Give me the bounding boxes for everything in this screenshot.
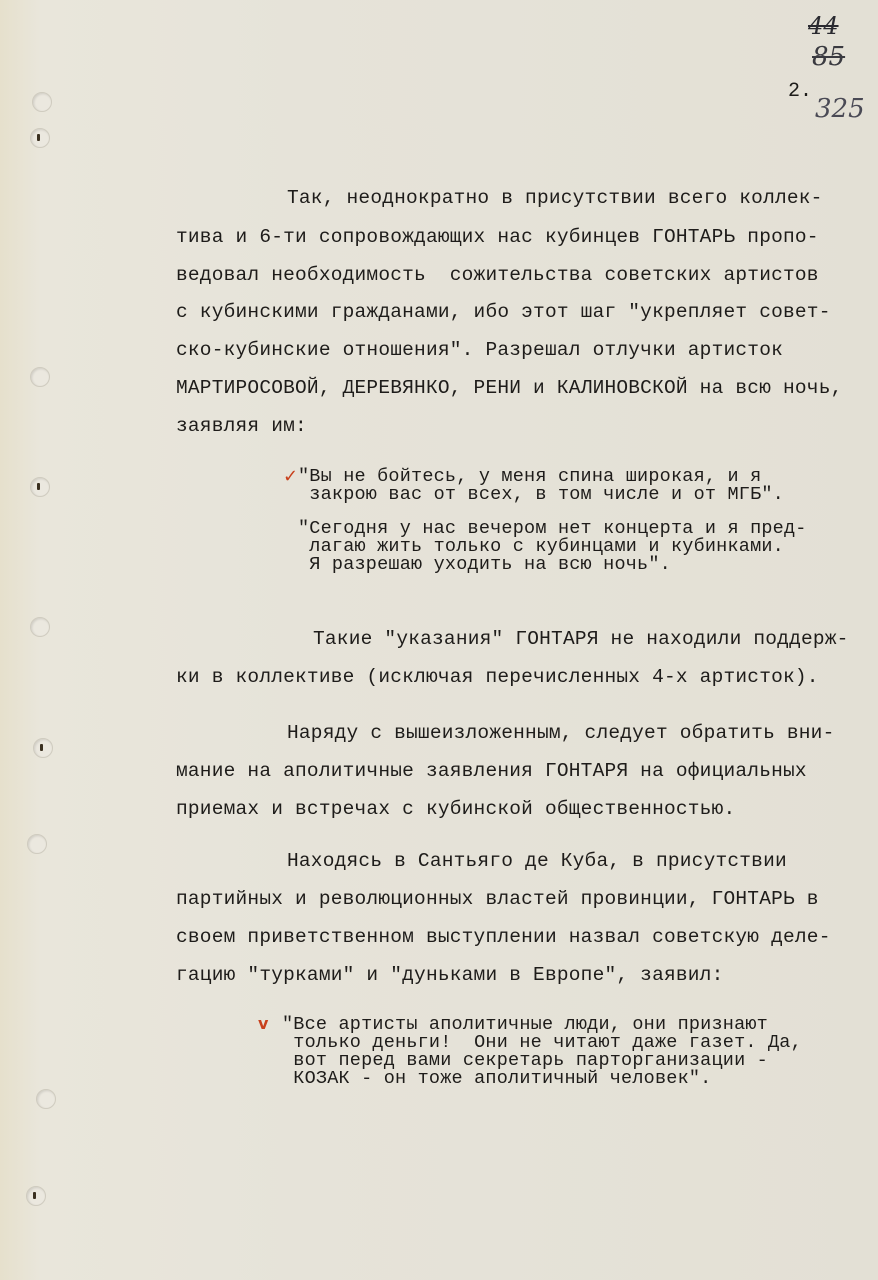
binder-hole bbox=[30, 128, 50, 148]
folio-number-struck: 85 bbox=[812, 42, 845, 72]
text-line: ведовал необходимость сожительства совет… bbox=[176, 264, 819, 286]
text-line: КОЗАК - он тоже аполитичный человек". bbox=[282, 1070, 711, 1088]
text-line: заявляя им: bbox=[176, 415, 307, 437]
text-line: Я разрешаю уходить на всю ночь". bbox=[298, 556, 671, 574]
folio-number: 325 bbox=[815, 94, 865, 124]
text-line: Наряду с вышеизложенным, следует обратит… bbox=[287, 722, 835, 744]
binder-hole bbox=[30, 477, 50, 497]
binder-hole bbox=[33, 738, 53, 758]
binder-hole bbox=[26, 1186, 46, 1206]
binder-hole bbox=[30, 617, 50, 637]
text-line: закрою вас от всех, в том числе и от МГБ… bbox=[298, 486, 784, 504]
folio-number-struck: 44 bbox=[808, 12, 839, 40]
text-line: гацию "турками" и "дуньками в Европе", з… bbox=[176, 964, 724, 986]
check-mark-icon: v bbox=[258, 1014, 268, 1033]
text-line: мание на аполитичные заявления ГОНТАРЯ н… bbox=[176, 760, 807, 782]
binder-hole bbox=[27, 834, 47, 854]
binder-hole bbox=[30, 367, 50, 387]
text-line: тива и 6-ти сопровождающих нас кубинцев … bbox=[176, 226, 819, 248]
check-mark-icon: ✓ bbox=[283, 466, 298, 487]
text-line: с кубинскими гражданами, ибо этот шаг "у… bbox=[176, 301, 831, 323]
page-number: 2. bbox=[788, 80, 812, 103]
text-line: своем приветственном выступлении назвал … bbox=[176, 926, 831, 948]
text-line: Так, неоднократно в присутствии всего ко… bbox=[287, 187, 823, 209]
text-line: МАРТИРОСОВОЙ, ДЕРЕВЯНКО, РЕНИ и КАЛИНОВС… bbox=[176, 377, 843, 399]
text-line: приемах и встречах с кубинской обществен… bbox=[176, 798, 735, 820]
text-line: партийных и революционных властей провин… bbox=[176, 888, 819, 910]
text-line: Находясь в Сантьяго де Куба, в присутств… bbox=[287, 850, 787, 872]
document-page: 44 85 325 2. Так, неоднократно в присутс… bbox=[0, 0, 878, 1280]
binder-hole bbox=[36, 1089, 56, 1109]
text-line: Такие "указания" ГОНТАРЯ не находили под… bbox=[313, 628, 849, 650]
text-line: ско-кубинские отношения". Разрешал отлуч… bbox=[176, 339, 783, 361]
binder-hole bbox=[32, 92, 52, 112]
text-line: ки в коллективе (исключая перечисленных … bbox=[176, 666, 819, 688]
